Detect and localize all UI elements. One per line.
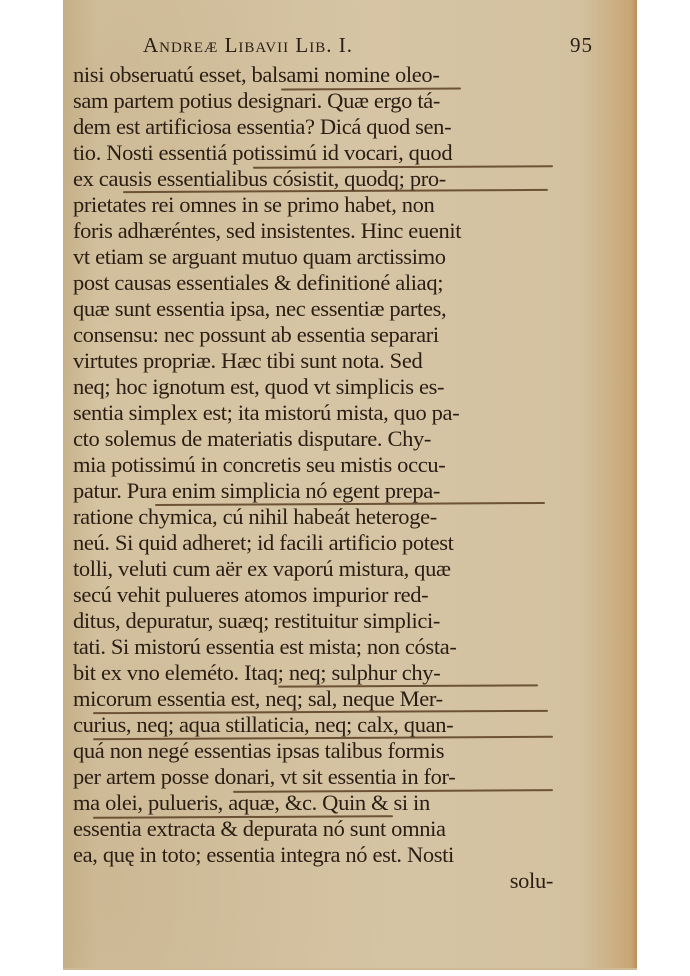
text-line: sam partem potius designari. Quæ ergo tá… [73,88,553,114]
text-line: micorum essentia est, neq; sal, neque Me… [73,686,553,712]
running-head: Andreæ Libavii Lib. I. 95 [143,33,593,58]
text-line: quá non negé essentias ipsas talibus for… [73,738,553,764]
text-line: cto solemus de materiatis disputare. Chy… [73,426,553,452]
text-line: bit ex vno eleméto. Itaq; neq; sulphur c… [73,660,553,686]
text-line: quæ sunt essentia ipsa, nec essentiæ par… [73,296,553,322]
text-line: vt etiam se arguant mutuo quam arctissim… [73,244,553,270]
text-line: prietates rei omnes in se primo habet, n… [73,192,553,218]
book-page: Andreæ Libavii Lib. I. 95 nisi obseruatú… [63,0,637,970]
text-line: mia potissimú in concretis seu mistis oc… [73,452,553,478]
running-head-title: Andreæ Libavii Lib. I. [143,33,353,57]
text-line: essentia extracta & depurata nó sunt omn… [73,816,553,842]
text-line: sentia simplex est; ita mistorú mista, q… [73,400,553,426]
text-line: ratione chymica, cú nihil habeát heterog… [73,504,553,530]
text-line: foris adhæréntes, sed insistentes. Hinc … [73,218,553,244]
text-line: tati. Si mistorú essentia est mista; non… [73,634,553,660]
text-line: ma olei, pulueris, aquæ, &c. Quin & si i… [73,790,553,816]
text-line: neú. Si quid adheret; id facili artifici… [73,530,553,556]
text-line: neq; hoc ignotum est, quod vt simplicis … [73,374,553,400]
text-line: nisi obseruatú esset, balsami nomine ole… [73,62,553,88]
text-line: dem est artificiosa essentia? Dicá quod … [73,114,553,140]
text-line: curius, neq; aqua stillaticia, neq; calx… [73,712,553,738]
text-line: post causas essentiales & definitioné al… [73,270,553,296]
text-line: per artem posse donari, vt sit essentia … [73,764,553,790]
catchword: solu- [73,868,553,894]
text-line: consensu: nec possunt ab essentia separa… [73,322,553,348]
text-line: virtutes propriæ. Hæc tibi sunt nota. Se… [73,348,553,374]
body-text: nisi obseruatú esset, balsami nomine ole… [73,62,553,894]
text-line: tolli, veluti cum aër ex vaporú mistura,… [73,556,553,582]
text-line: ea, quę in toto; essentia integra nó est… [73,842,553,868]
text-line: ditus, depuratur, suæq; restituitur simp… [73,608,553,634]
text-line: ex causis essentialibus cósistit, quodq;… [73,166,553,192]
page-number: 95 [570,33,593,58]
text-line: tio. Nosti essentiá potissimú id vocari,… [73,140,553,166]
text-line: secú vehit pulueres atomos impurior red- [73,582,553,608]
text-line: patur. Pura enim simplicia nó egent prep… [73,478,553,504]
